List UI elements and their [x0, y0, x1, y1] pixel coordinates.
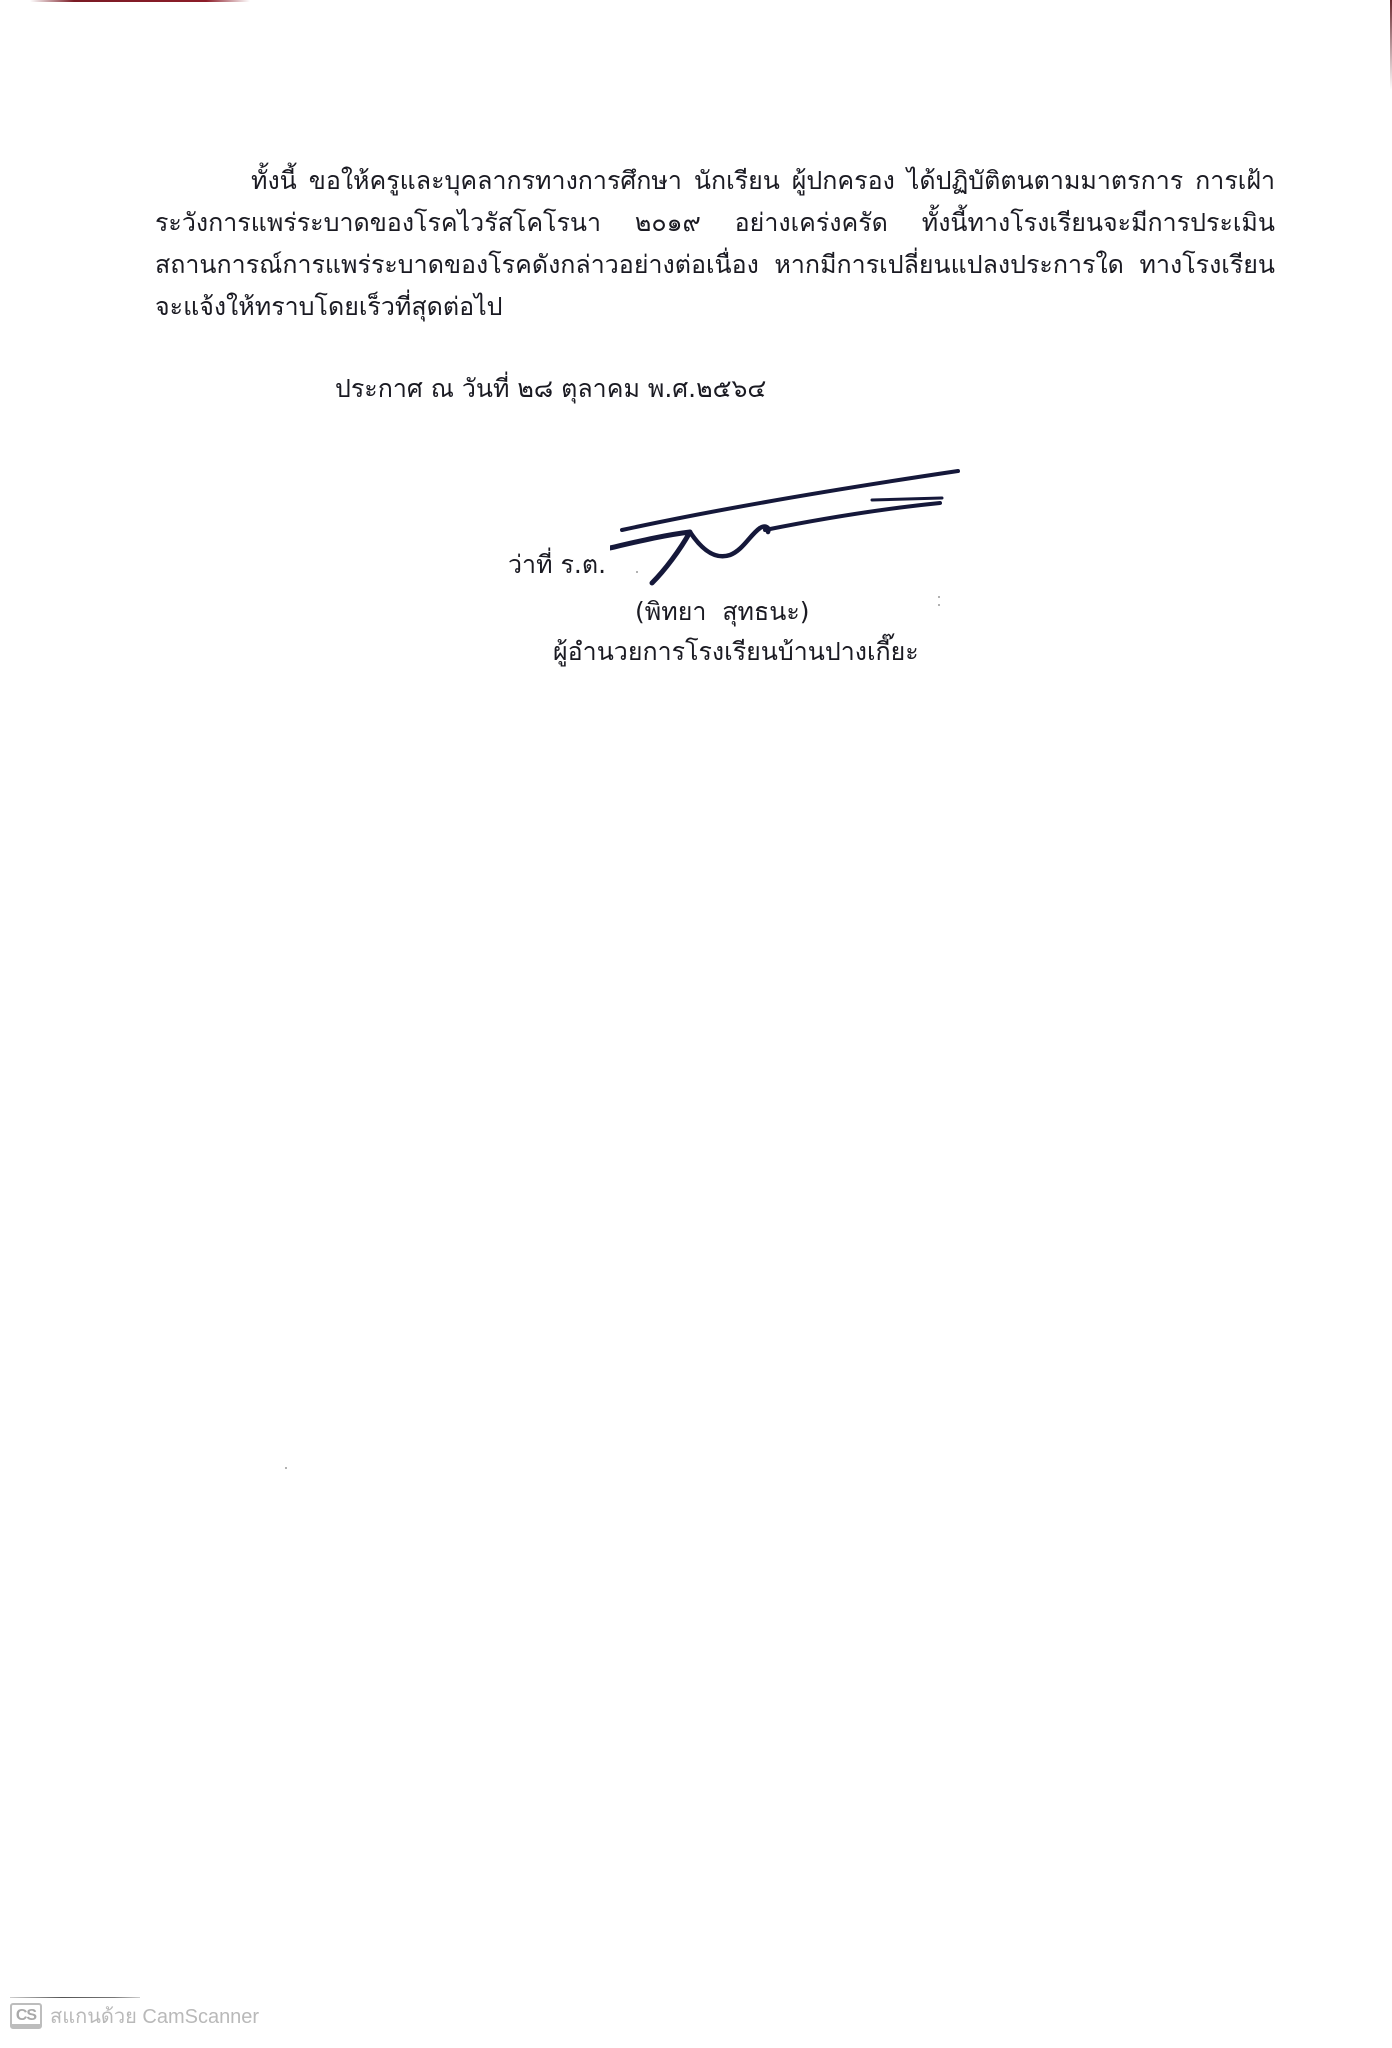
watermark-label: สแกนด้วย CamScanner [50, 2000, 259, 2032]
signer-name: (พิทยา สุทธนะ) [635, 592, 810, 632]
handwritten-signature [610, 455, 970, 595]
camscanner-logo-icon: CS [10, 2003, 42, 2029]
scan-speck [938, 604, 940, 606]
announcement-body: ทั้งนี้ ขอให้ครูและบุคลากรทางการศึกษา นั… [155, 160, 1275, 328]
scan-speck [285, 1467, 287, 1469]
camscanner-watermark: CS สแกนด้วย CamScanner [10, 2000, 259, 2032]
signer-title: ผู้อำนวยการโรงเรียนบ้านปางเกี๊ยะ [553, 632, 919, 672]
scan-speck [938, 596, 940, 598]
announcement-date: ประกาศ ณ วันที่ ๒๘ ตุลาคม พ.ศ.๒๕๖๔ [335, 368, 766, 410]
scan-edge-mark-top [30, 0, 250, 2]
scan-speck [636, 571, 638, 573]
watermark-rule [10, 1997, 140, 1998]
announcement-paragraph: ทั้งนี้ ขอให้ครูและบุคลากรทางการศึกษา นั… [155, 160, 1275, 328]
signer-rank-prefix: ว่าที่ ร.ต. [508, 544, 606, 586]
